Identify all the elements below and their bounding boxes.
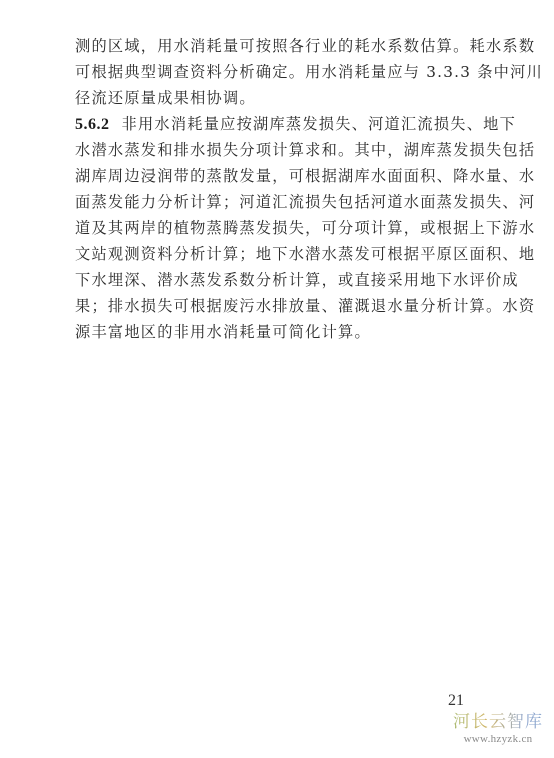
clause-line: 源丰富地区的非用水消耗量可简化计算。 xyxy=(75,319,485,345)
paragraph-line: 可根据典型调查资料分析确定。用水消耗量应与 3.3.3 条中河川 xyxy=(75,59,485,85)
clause-line: 果；排水损失可根据废污水排放量、灌溉退水量分析计算。水资 xyxy=(75,293,485,319)
paragraph-line: 径流还原量成果相协调。 xyxy=(75,85,485,111)
clause-line: 湖库周边浸润带的蒸散发量，可根据湖库水面面积、降水量、水 xyxy=(75,163,485,189)
watermark-url: www.hzyzk.cn xyxy=(444,732,552,746)
body-text: 测的区域，用水消耗量可按照各行业的耗水系数估算。耗水系数 可根据典型调查资料分析… xyxy=(75,33,485,345)
watermark-title: 河长云智库 xyxy=(444,712,552,732)
clause-heading-line: 5.6.2非用水消耗量应按湖库蒸发损失、河道汇流损失、地下 xyxy=(75,111,485,137)
document-page: 测的区域，用水消耗量可按照各行业的耗水系数估算。耗水系数 可根据典型调查资料分析… xyxy=(0,0,554,758)
clause-line: 面蒸发能力分析计算；河道汇流损失包括河道水面蒸发损失、河 xyxy=(75,189,485,215)
clause-first-line: 非用水消耗量应按湖库蒸发损失、河道汇流损失、地下 xyxy=(122,115,517,133)
watermark: 河长云智库 www.hzyzk.cn xyxy=(444,712,552,746)
page-number: 21 xyxy=(448,692,464,710)
clause-line: 水潜水蒸发和排水损失分项计算求和。其中，湖库蒸发损失包括 xyxy=(75,137,485,163)
paragraph-line: 测的区域，用水消耗量可按照各行业的耗水系数估算。耗水系数 xyxy=(75,33,485,59)
clause-line: 下水埋深、潜水蒸发系数分析计算，或直接采用地下水评价成 xyxy=(75,267,485,293)
clause-line: 道及其两岸的植物蒸腾蒸发损失，可分项计算，或根据上下游水 xyxy=(75,215,485,241)
clause-number: 5.6.2 xyxy=(75,116,110,133)
clause-line: 文站观测资料分析计算；地下水潜水蒸发可根据平原区面积、地 xyxy=(75,241,485,267)
